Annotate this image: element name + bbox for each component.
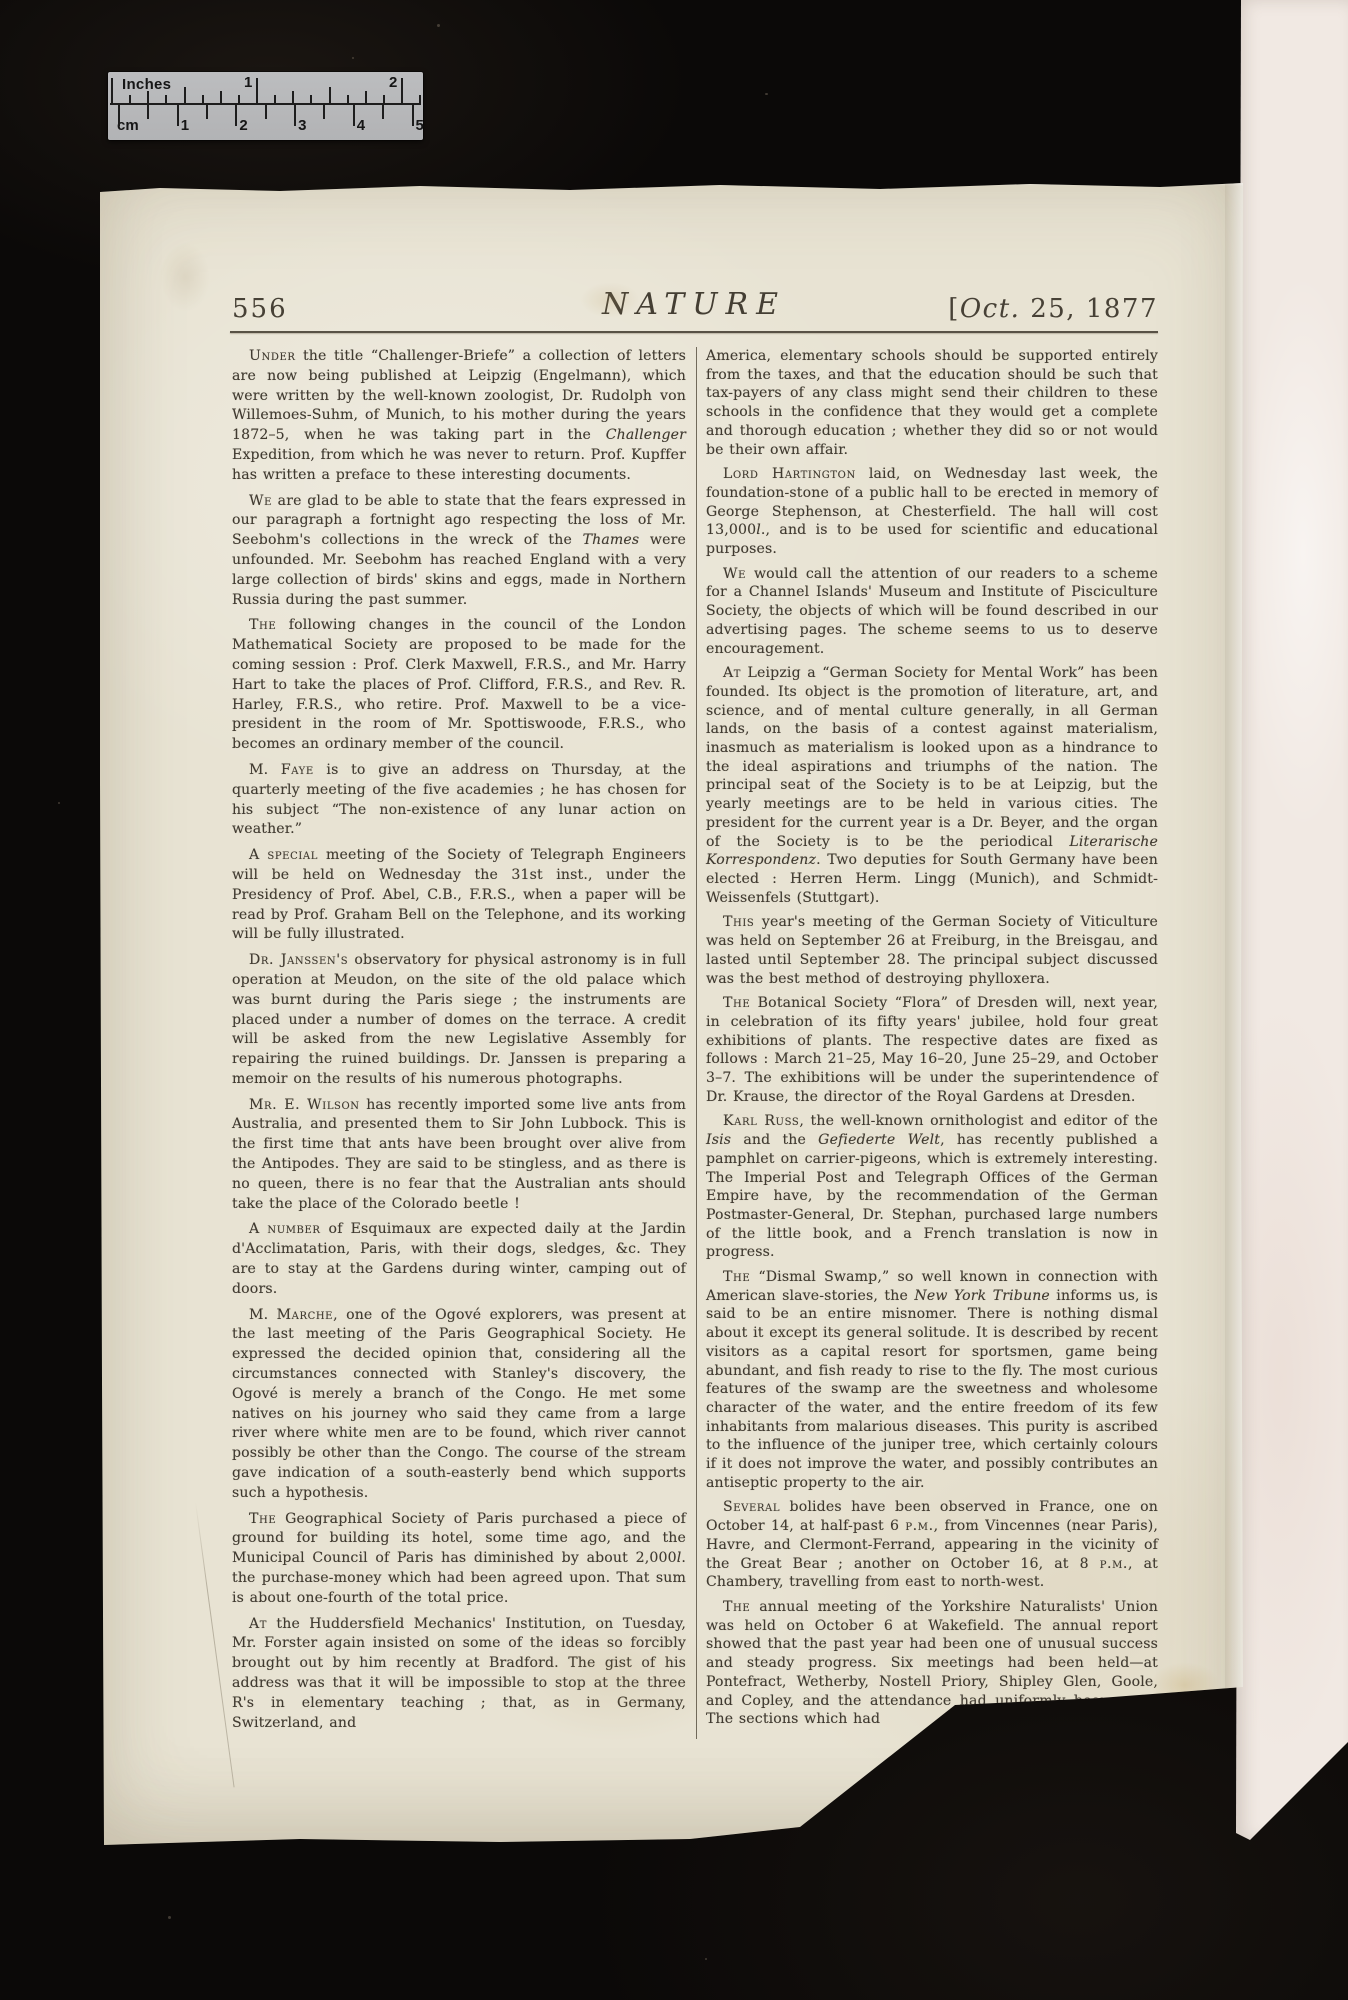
inch-tick [184, 87, 186, 104]
paragraph: M. Marche, one of the Ogové explorers, w… [232, 1306, 686, 1504]
page-stain [160, 242, 210, 312]
paragraph: M. Faye is to give an address on Thursda… [232, 761, 686, 840]
measurement-ruler: Inches cm 12 12345 [108, 72, 423, 140]
cm-tick [412, 105, 414, 126]
photo-background: Inches cm 12 12345 556 NATURE [Oct. 25, … [0, 0, 1348, 2000]
inch-tick [202, 95, 204, 104]
paragraph: At Leipzig a “German Society for Mental … [706, 664, 1158, 907]
dust-speck [58, 802, 60, 804]
journal-page: 556 NATURE [Oct. 25, 1877 Under the titl… [100, 182, 1243, 1845]
inch-tick [147, 91, 149, 104]
right-column: America, elementary schools should be su… [706, 347, 1158, 1739]
cm-tick [294, 105, 296, 126]
paragraph: Several bolides have been observed in Fr… [706, 1498, 1158, 1592]
page-stain [580, 282, 640, 318]
inch-tick [274, 95, 276, 104]
paragraph: Under the title “Challenger-Briefe” a co… [232, 347, 686, 486]
ruler-cm-number: 1 [181, 117, 189, 134]
inch-tick [365, 91, 367, 104]
page-stain [500, 1612, 730, 1742]
paragraph: A number of Esquimaux are expected daily… [232, 1220, 686, 1299]
page-stain [1150, 1662, 1220, 1708]
cm-tick [177, 105, 179, 126]
dust-speck [437, 24, 440, 27]
paragraph: America, elementary schools should be su… [706, 347, 1158, 459]
paragraph: We are glad to be able to state that the… [232, 492, 686, 611]
inch-tick [329, 87, 331, 104]
cm-tick [118, 105, 120, 126]
paragraph: The “Dismal Swamp,” so well known in con… [706, 1268, 1158, 1492]
dust-speck [352, 57, 354, 59]
ruler-inch-number: 1 [244, 74, 252, 91]
paragraph: The Geographical Society of Paris purcha… [232, 1510, 686, 1609]
inch-tick [419, 95, 421, 104]
inch-tick [220, 91, 222, 104]
inch-tick [165, 95, 167, 104]
cm-tick [265, 105, 267, 119]
issue-date: [Oct. 25, 1877 [948, 294, 1158, 324]
paragraph: The Botanical Society “Flora” of Dresden… [706, 994, 1158, 1106]
inch-tick [383, 95, 385, 104]
ruler-cm-label: cm [117, 117, 139, 134]
underlying-page-edge [1236, 0, 1348, 1840]
inch-tick [310, 95, 312, 104]
paragraph: Karl Russ, the well-known ornithologist … [706, 1112, 1158, 1262]
left-column: Under the title “Challenger-Briefe” a co… [232, 347, 686, 1739]
inch-tick [292, 91, 294, 104]
dust-speck [168, 1916, 171, 1919]
ruler-cm-number: 3 [298, 117, 306, 134]
header-rule [230, 331, 1158, 333]
inch-tick [256, 78, 258, 104]
cm-tick [382, 105, 384, 119]
page-header: 556 NATURE [Oct. 25, 1877 [230, 286, 1158, 324]
paragraph: Dr. Janssen's observatory for physical a… [232, 951, 686, 1090]
cm-tick [235, 105, 237, 126]
cm-tick [323, 105, 325, 119]
paragraph: Lord Hartington laid, on Wednesday last … [706, 465, 1158, 559]
inch-tick [238, 95, 240, 104]
dust-speck [705, 1958, 707, 1960]
page-fold-crease [195, 1502, 235, 1788]
dust-speck [765, 93, 768, 95]
paragraph: Mr. E. Wilson has recently imported some… [232, 1096, 686, 1215]
inch-tick [129, 95, 131, 104]
inch-tick [401, 78, 403, 104]
paragraph: A special meeting of the Society of Tele… [232, 846, 686, 945]
inch-tick [111, 78, 113, 104]
paragraph: This year's meeting of the German Societ… [706, 913, 1158, 988]
paragraph: We would call the attention of our reade… [706, 565, 1158, 659]
cm-tick [206, 105, 208, 119]
article-text: Under the title “Challenger-Briefe” a co… [232, 347, 1158, 1739]
paragraph: The annual meeting of the Yorkshire Natu… [706, 1598, 1158, 1729]
cm-tick [353, 105, 355, 126]
column-divider [696, 347, 697, 1739]
ruler-cm-number: 2 [239, 117, 247, 134]
ruler-inch-number: 2 [389, 74, 397, 91]
paragraph: The following changes in the council of … [232, 616, 686, 755]
ruler-cm-number: 5 [416, 117, 424, 134]
cm-tick [147, 105, 149, 119]
ruler-cm-number: 4 [357, 117, 365, 134]
inch-tick [347, 95, 349, 104]
column-gap [686, 347, 706, 1739]
